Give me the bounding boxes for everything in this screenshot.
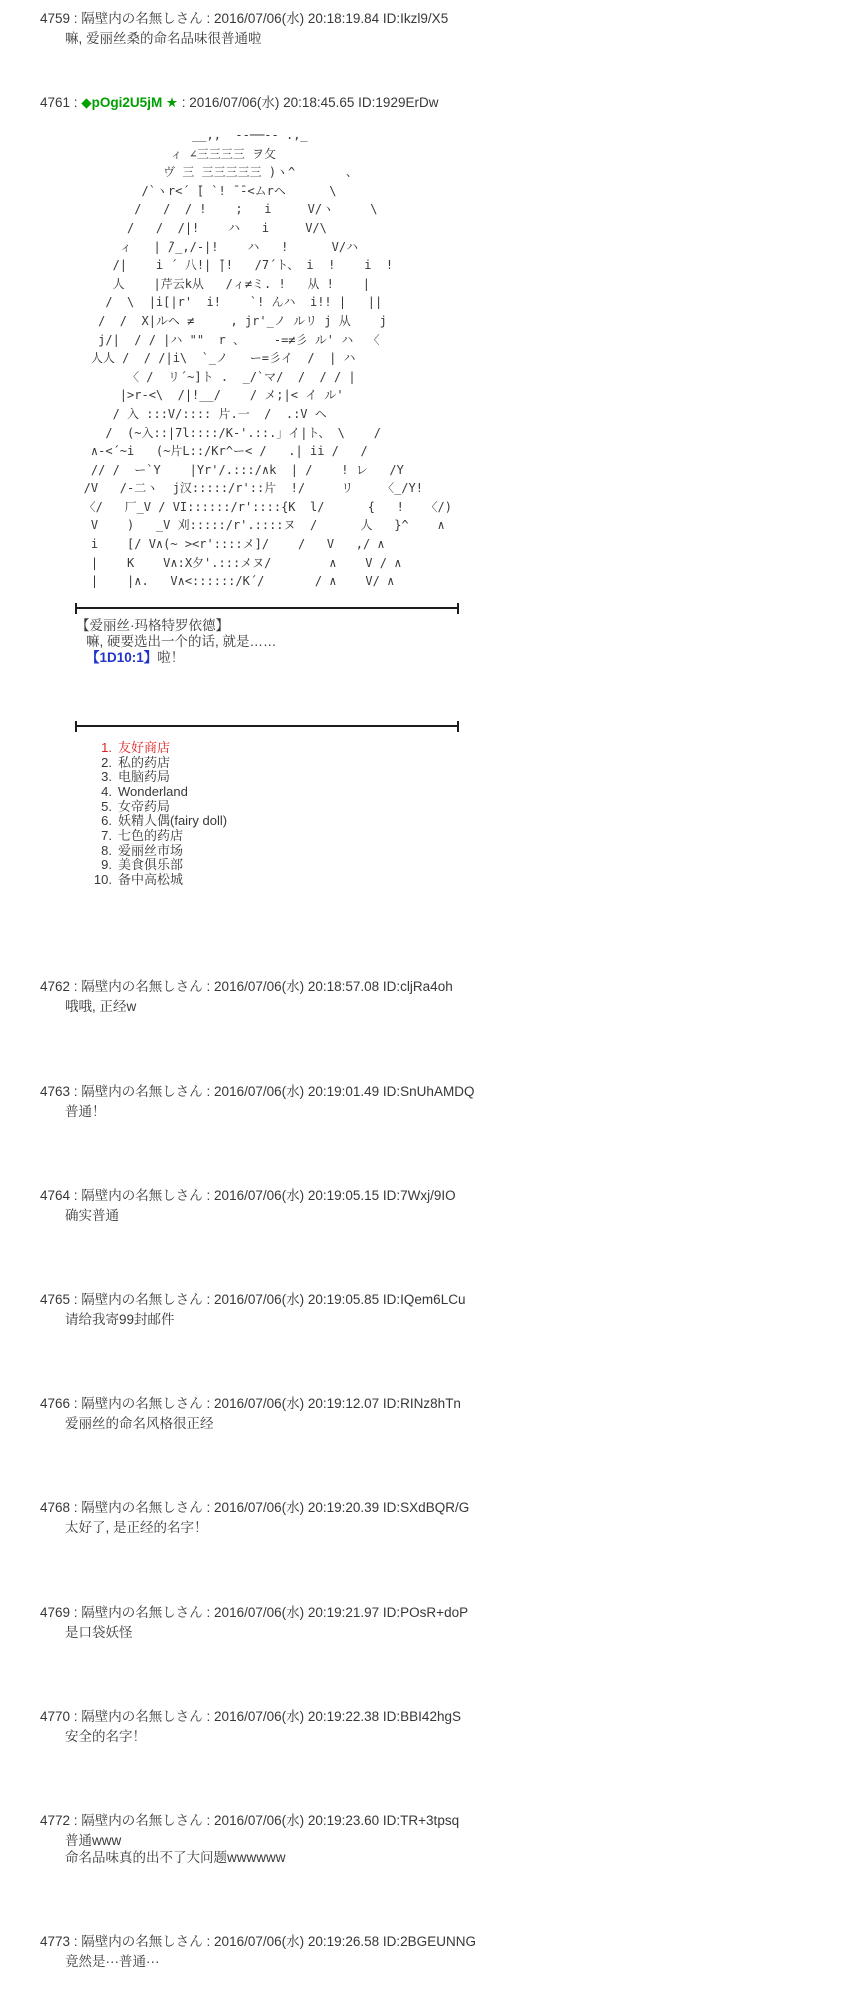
poster-name: 隔壁内の名無しさん xyxy=(81,1396,203,1411)
option-number: 3. xyxy=(82,770,112,785)
option-label: 备中高松城 xyxy=(118,872,183,887)
option-number: 5. xyxy=(82,800,112,815)
poster-name: 隔壁内の名無しさん xyxy=(81,1709,203,1724)
poster-name: 隔壁内の名無しさん xyxy=(81,1605,203,1620)
post-header: 4759 : 隔壁内の名無しさん : 2016/07/06(水) 20:18:1… xyxy=(40,10,830,28)
post-datetime-id: : 2016/07/06(水) 20:18:19.84 ID:Ikzl9/X5 xyxy=(203,11,448,26)
option-8: 8.爱丽丝市场 xyxy=(82,844,830,859)
post-datetime-id: : 2016/07/06(水) 20:18:45.65 ID:1929ErDw xyxy=(178,95,438,110)
post-number: 4769 : xyxy=(40,1605,81,1620)
post-datetime-id: : 2016/07/06(水) 20:19:12.07 ID:RINz8hTn xyxy=(203,1396,461,1411)
post-number: 4763 : xyxy=(40,1084,81,1099)
post-datetime-id: : 2016/07/06(水) 20:19:05.15 ID:7Wxj/9IO xyxy=(203,1188,456,1203)
post-4769: 4769 : 隔壁内の名無しさん : 2016/07/06(水) 20:19:2… xyxy=(40,1604,830,1641)
post-header: 4769 : 隔壁内の名無しさん : 2016/07/06(水) 20:19:2… xyxy=(40,1604,830,1622)
post-4768: 4768 : 隔壁内の名無しさん : 2016/07/06(水) 20:19:2… xyxy=(40,1499,830,1536)
option-number: 8. xyxy=(82,844,112,859)
post-body: 太好了, 是正经的名字！ xyxy=(65,1519,830,1536)
post-4765: 4765 : 隔壁内の名無しさん : 2016/07/06(水) 20:19:0… xyxy=(40,1291,830,1328)
post-body: 普通！ xyxy=(65,1103,830,1120)
post-header: 4768 : 隔壁内の名無しさん : 2016/07/06(水) 20:19:2… xyxy=(40,1499,830,1517)
dice-roll: 【1D10:1】 xyxy=(86,650,157,665)
option-label: 美食俱乐部 xyxy=(118,857,183,872)
options-list: 1.友好商店 2.私的药店 3.电脑药局 4.Wonderland 5.女帝药局… xyxy=(82,741,830,888)
option-5: 5.女帝药局 xyxy=(82,800,830,815)
option-label: 女帝药局 xyxy=(118,799,170,814)
post-header: 4765 : 隔壁内の名無しさん : 2016/07/06(水) 20:19:0… xyxy=(40,1291,830,1309)
post-body: 嘛, 爱丽丝桑的命名品味很普通啦 xyxy=(65,30,830,47)
post-4761: 4761 : ◆pOgi2U5jM ★ : 2016/07/06(水) 20:1… xyxy=(40,94,830,888)
post-header: 4766 : 隔壁内の名無しさん : 2016/07/06(水) 20:19:1… xyxy=(40,1395,830,1413)
post-datetime-id: : 2016/07/06(水) 20:18:57.08 ID:cljRa4oh xyxy=(203,979,453,994)
poster-name: 隔壁内の名無しさん xyxy=(81,11,203,26)
option-6: 6.妖精人偶(fairy doll) xyxy=(82,814,830,829)
option-number: 9. xyxy=(82,858,112,873)
post-header: 4773 : 隔壁内の名無しさん : 2016/07/06(水) 20:19:2… xyxy=(40,1933,830,1951)
post-body: 请给我寄99封邮件 xyxy=(65,1311,830,1328)
post-header: 4764 : 隔壁内の名無しさん : 2016/07/06(水) 20:19:0… xyxy=(40,1187,830,1205)
post-4766: 4766 : 隔壁内の名無しさん : 2016/07/06(水) 20:19:1… xyxy=(40,1395,830,1432)
post-header: 4772 : 隔壁内の名無しさん : 2016/07/06(水) 20:19:2… xyxy=(40,1812,830,1830)
post-body: 哦哦, 正经w xyxy=(65,998,830,1015)
post-4762: 4762 : 隔壁内の名無しさん : 2016/07/06(水) 20:18:5… xyxy=(40,978,830,1015)
post-datetime-id: : 2016/07/06(水) 20:19:23.60 ID:TR+3tpsq xyxy=(203,1813,459,1828)
dialog-speaker: 【爱丽丝·玛格特罗依德】 xyxy=(76,617,830,634)
option-number: 6. xyxy=(82,814,112,829)
post-number: 4770 : xyxy=(40,1709,81,1724)
post-4773: 4773 : 隔壁内の名無しさん : 2016/07/06(水) 20:19:2… xyxy=(40,1933,830,1970)
option-number: 1. xyxy=(82,741,112,756)
dice-suffix: 啦！ xyxy=(157,650,184,665)
post-header: 4763 : 隔壁内の名無しさん : 2016/07/06(水) 20:19:0… xyxy=(40,1083,830,1101)
post-number: 4762 : xyxy=(40,979,81,994)
option-1: 1.友好商店 xyxy=(82,741,830,756)
poster-name: 隔壁内の名無しさん xyxy=(81,1084,203,1099)
dialog-text: 嘛, 硬要选出一个的话, 就是…… xyxy=(86,634,830,651)
post-4772: 4772 : 隔壁内の名無しさん : 2016/07/06(水) 20:19:2… xyxy=(40,1812,830,1866)
option-4: 4.Wonderland xyxy=(82,785,830,800)
post-number: 4766 : xyxy=(40,1396,81,1411)
option-9: 9.美食俱乐部 xyxy=(82,858,830,873)
post-4770: 4770 : 隔壁内の名無しさん : 2016/07/06(水) 20:19:2… xyxy=(40,1708,830,1745)
option-number: 10. xyxy=(82,873,112,888)
post-4759: 4759 : 隔壁内の名無しさん : 2016/07/06(水) 20:18:1… xyxy=(40,10,830,47)
post-body: 是口袋妖怪 xyxy=(65,1624,830,1641)
post-datetime-id: : 2016/07/06(水) 20:19:26.58 ID:2BGEUNNG xyxy=(203,1934,476,1949)
option-label: 妖精人偶(fairy doll) xyxy=(118,813,227,828)
dialog-text-line: 嘛, 硬要选出一个的话, 就是…… xyxy=(86,634,277,649)
post-datetime-id: : 2016/07/06(水) 20:19:20.39 ID:SXdBQR/G xyxy=(203,1500,469,1515)
poster-name: 隔壁内の名無しさん xyxy=(81,1500,203,1515)
post-datetime-id: : 2016/07/06(水) 20:19:21.97 ID:POsR+doP xyxy=(203,1605,468,1620)
post-number: 4773 : xyxy=(40,1934,81,1949)
poster-name: 隔壁内の名無しさん xyxy=(81,1813,203,1828)
post-datetime-id: : 2016/07/06(水) 20:19:01.49 ID:SnUhAMDQ xyxy=(203,1084,475,1099)
post-number: 4759 : xyxy=(40,11,81,26)
option-2: 2.私的药店 xyxy=(82,756,830,771)
poster-name: 隔壁内の名無しさん xyxy=(81,1292,203,1307)
post-number: 4764 : xyxy=(40,1188,81,1203)
post-number: 4765 : xyxy=(40,1292,81,1307)
ascii-art: __,, -‐──‐- .,_ ィ ∠三三三三 ヲ攵 ヴ 三 三三三三三 )ヽ^… xyxy=(62,126,830,591)
poster-tripcode: ◆pOgi2U5jM ★ xyxy=(81,95,178,110)
option-number: 7. xyxy=(82,829,112,844)
option-label: 电脑药局 xyxy=(118,769,170,784)
poster-name: 隔壁内の名無しさん xyxy=(81,1934,203,1949)
option-number: 2. xyxy=(82,756,112,771)
option-label: 友好商店 xyxy=(118,740,170,755)
poster-name: 隔壁内の名無しさん xyxy=(81,979,203,994)
post-header: 4761 : ◆pOgi2U5jM ★ : 2016/07/06(水) 20:1… xyxy=(40,94,830,112)
post-body: 确实普通 xyxy=(65,1207,830,1224)
post-header: 4770 : 隔壁内の名無しさん : 2016/07/06(水) 20:19:2… xyxy=(40,1708,830,1726)
post-body: 安全的名字！ xyxy=(65,1728,830,1745)
post-4763: 4763 : 隔壁内の名無しさん : 2016/07/06(水) 20:19:0… xyxy=(40,1083,830,1120)
post-number: 4772 : xyxy=(40,1813,81,1828)
post-body: 普通www 命名品味真的出不了大问题wwwwww xyxy=(65,1832,830,1866)
option-3: 3.电脑药局 xyxy=(82,770,830,785)
option-label: Wonderland xyxy=(118,784,188,799)
option-label: 爱丽丝市场 xyxy=(118,843,183,858)
dialog-divider-bottom xyxy=(76,725,458,727)
dialog-dice-line: 【1D10:1】啦！ xyxy=(86,650,830,667)
option-7: 7.七色的药店 xyxy=(82,829,830,844)
option-10: 10.备中高松城 xyxy=(82,873,830,888)
post-body: 爱丽丝的命名风格很正经 xyxy=(65,1415,830,1432)
post-4764: 4764 : 隔壁内の名無しさん : 2016/07/06(水) 20:19:0… xyxy=(40,1187,830,1224)
post-header: 4762 : 隔壁内の名無しさん : 2016/07/06(水) 20:18:5… xyxy=(40,978,830,996)
poster-name: 隔壁内の名無しさん xyxy=(81,1188,203,1203)
post-datetime-id: : 2016/07/06(水) 20:19:05.85 ID:IQem6LCu xyxy=(203,1292,466,1307)
option-label: 七色的药店 xyxy=(118,828,183,843)
option-label: 私的药店 xyxy=(118,755,170,770)
post-number: 4768 : xyxy=(40,1500,81,1515)
option-number: 4. xyxy=(82,785,112,800)
post-body: 竟然是···普通··· xyxy=(65,1953,830,1970)
post-datetime-id: : 2016/07/06(水) 20:19:22.38 ID:BBI42hgS xyxy=(203,1709,461,1724)
dialog-divider-top xyxy=(76,607,458,609)
post-number: 4761 : xyxy=(40,95,81,110)
